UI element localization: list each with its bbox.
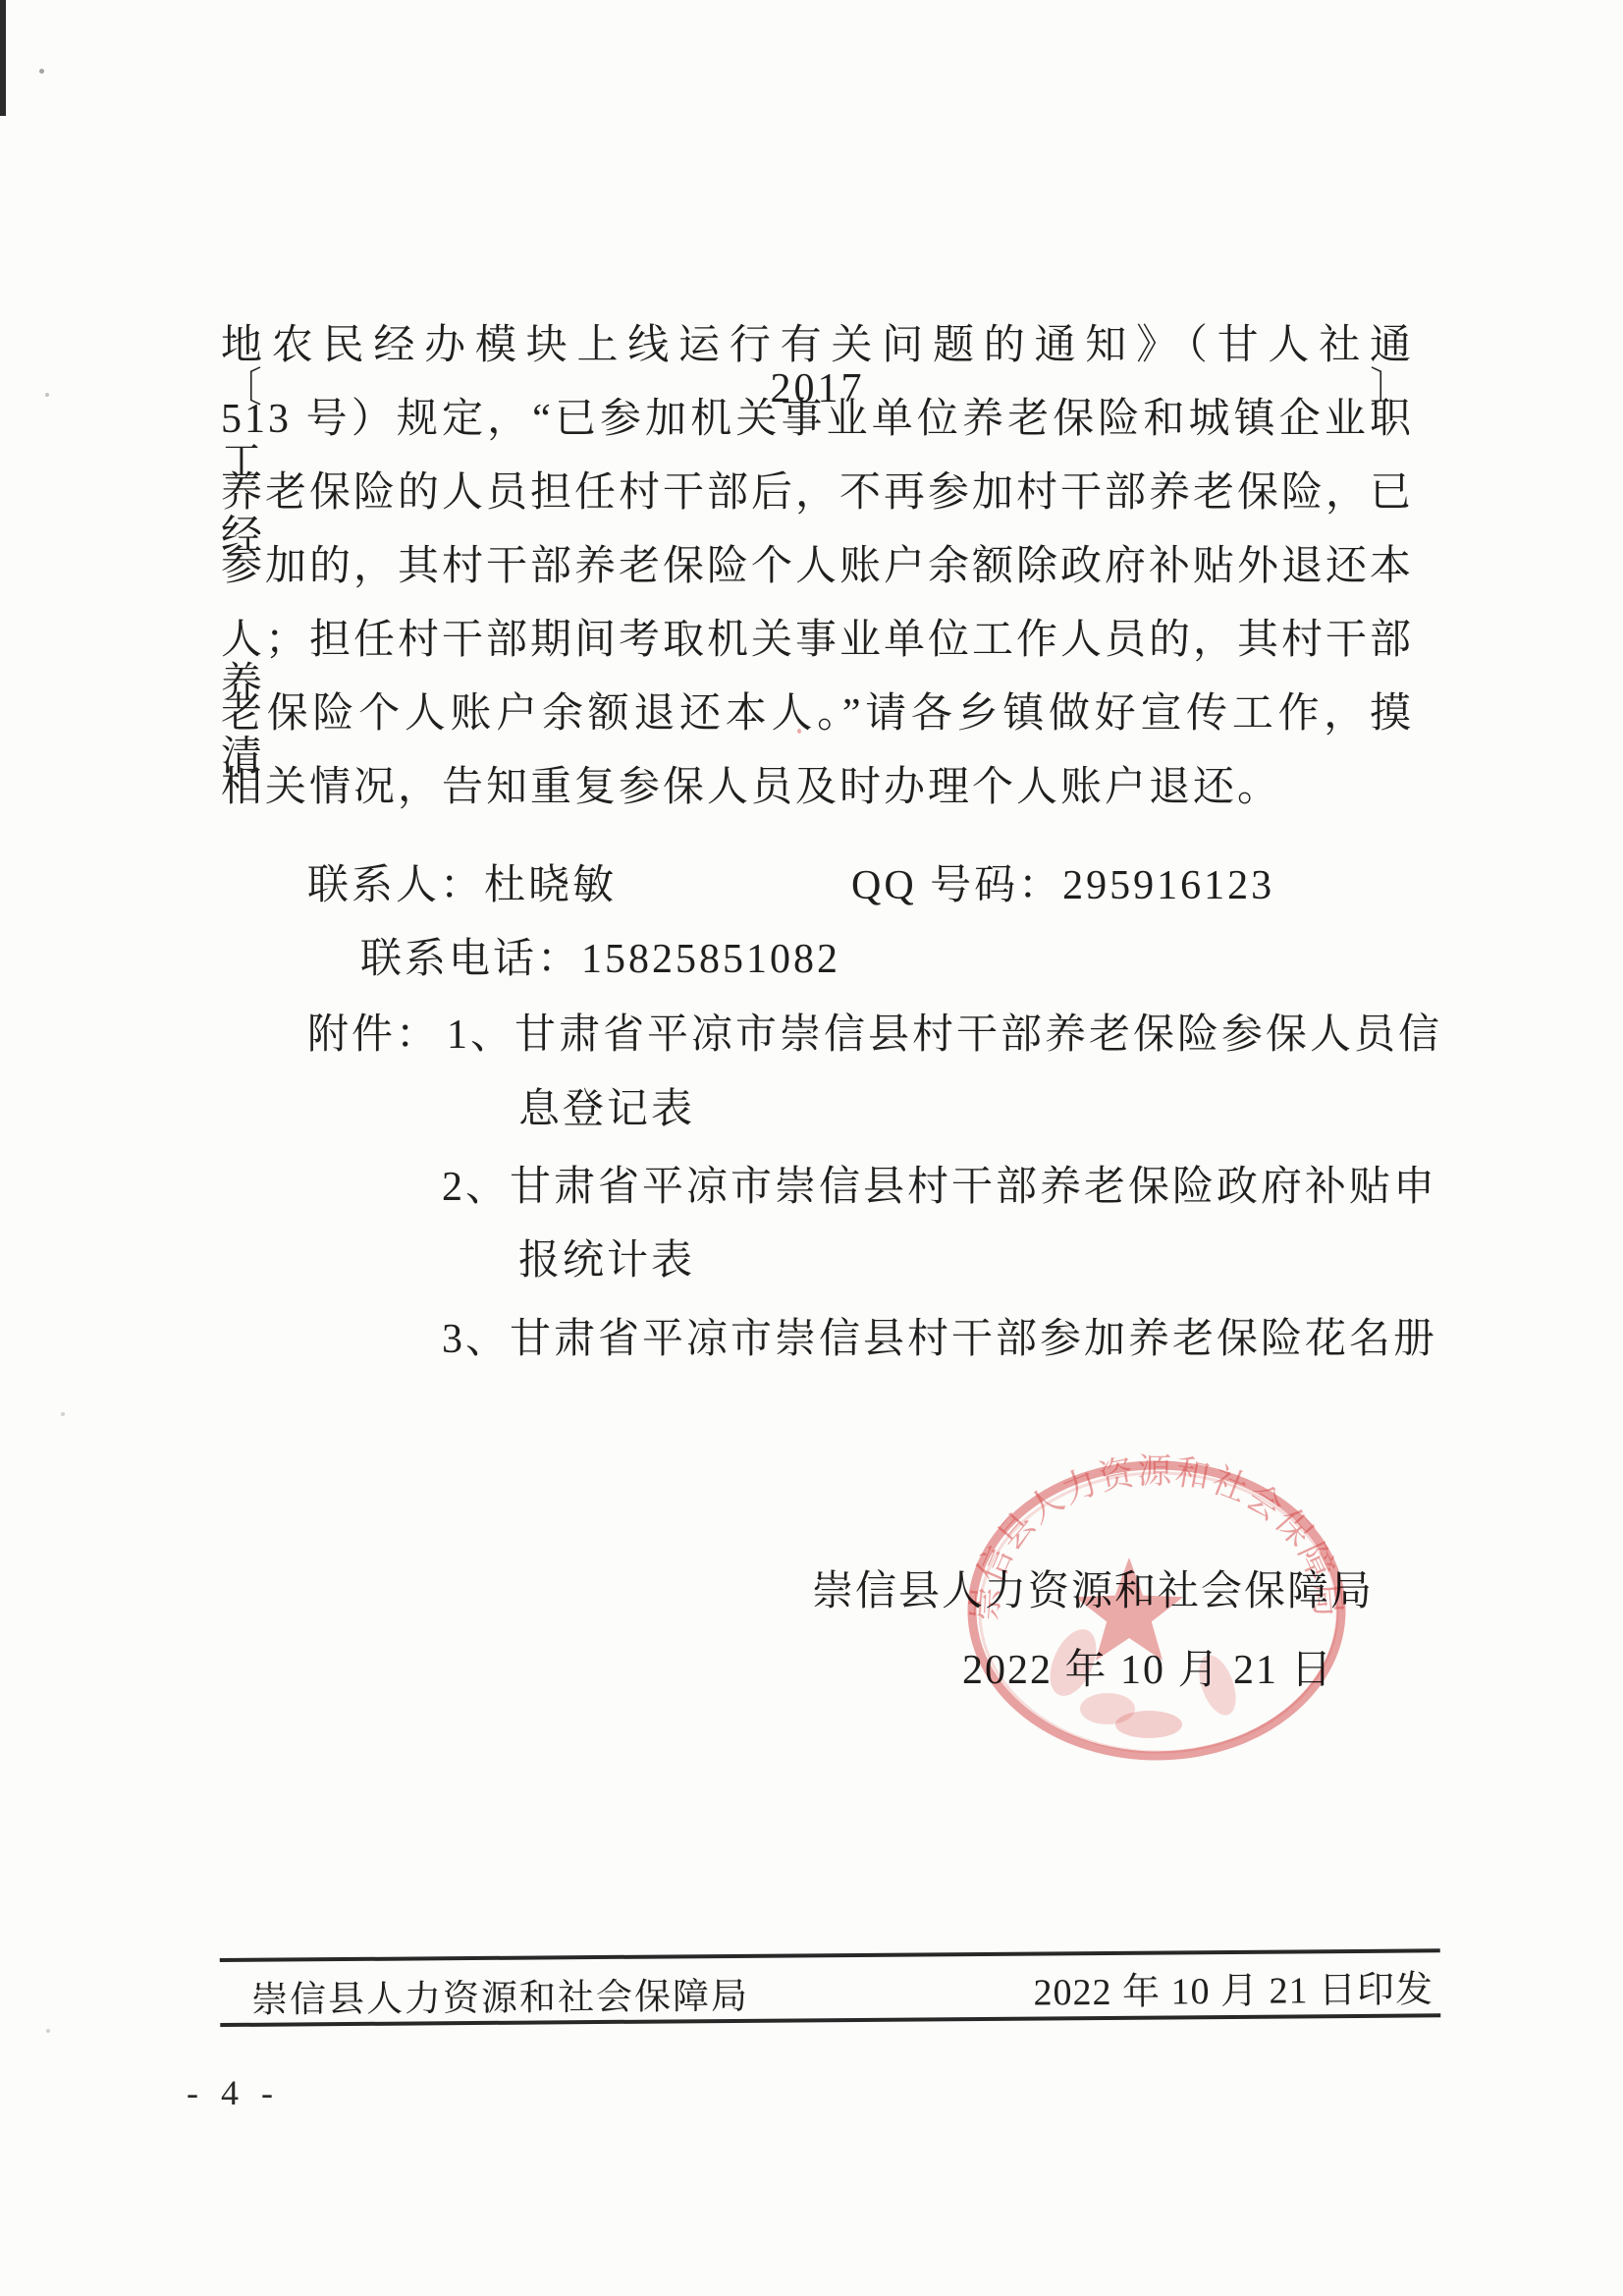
footer-issuer: 崇信县人力资源和社会保障局 [251,1966,749,2023]
page-number: - 4 - [187,2072,280,2113]
scanned-document-page: { "document": { "body_lines": [ "地农民经办模块… [0,0,1623,2296]
footer: 崇信县人力资源和社会保障局 2022 年 10 月 21 日印发 [0,0,1623,2296]
footer-print-date: 2022 年 10 月 21 日印发 [1033,1958,1434,2015]
